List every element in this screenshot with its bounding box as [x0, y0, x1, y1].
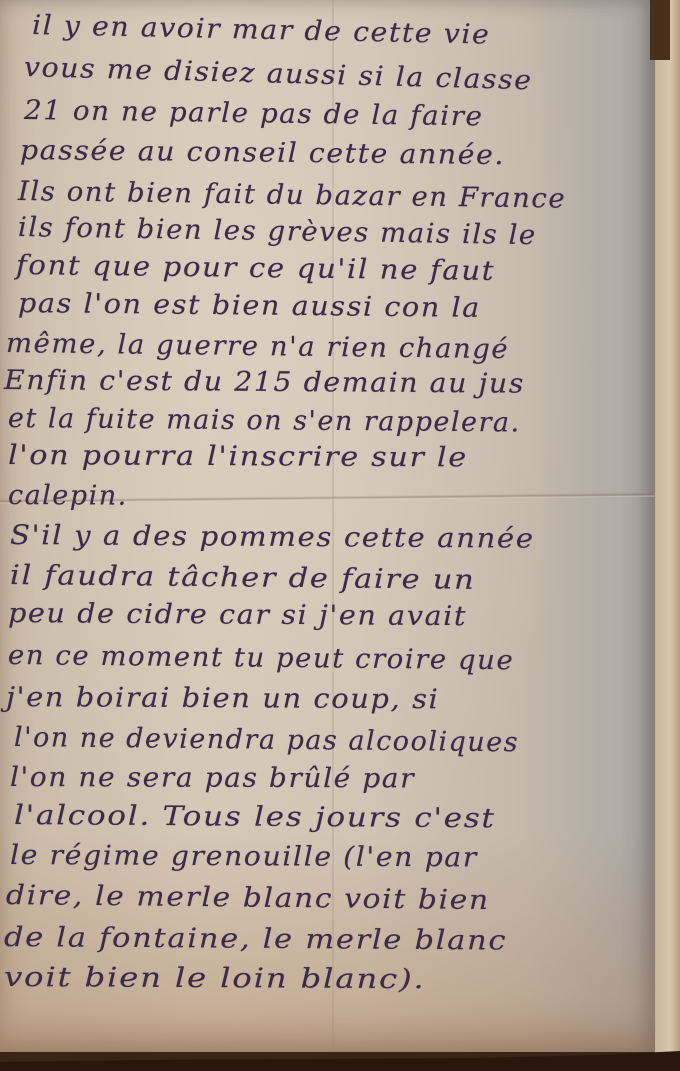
text-line: l'on ne deviendra pas alcooliques: [14, 722, 519, 758]
paper-bottom-edge: [0, 1051, 680, 1071]
text-line: vous me disiez aussi si la classe: [24, 52, 533, 96]
text-line: il faudra tâcher de faire un: [10, 560, 476, 596]
text-line: de la fontaine, le merle blanc: [4, 922, 507, 957]
text-line: et la fuite mais on s'en rappelera.: [8, 403, 521, 438]
text-line: Ils ont bien fait du bazar en France: [18, 176, 567, 215]
text-line: calepin.: [8, 480, 128, 512]
text-line: font que pour ce qu'il ne faut: [16, 250, 495, 287]
text-line: même, la guerre n'a rien changé: [6, 328, 510, 365]
text-line: l'on ne sera pas brûlé par: [10, 762, 415, 794]
text-line: passée au conseil cette année.: [20, 135, 505, 171]
text-line: dire, le merle blanc voit bien: [6, 880, 490, 916]
page-edge: [655, 0, 680, 1071]
text-line: S'il y a des pommes cette année: [10, 520, 535, 555]
text-line: ils font bien les grèves mais ils le: [18, 212, 537, 251]
text-line: le régime grenouille (l'en par: [10, 840, 478, 873]
letter-photo: il y en avoir mar de cette vie vous me d…: [0, 0, 680, 1071]
handwritten-text: il y en avoir mar de cette vie vous me d…: [0, 0, 655, 1040]
text-line: l'on pourra l'inscrire sur le: [8, 440, 468, 473]
text-line: j'en boirai bien un coup, si: [6, 682, 440, 715]
text-line: en ce moment tu peut croire que: [8, 640, 515, 676]
text-line: il y en avoir mar de cette vie: [32, 10, 491, 51]
text-line: l'alcool. Tous les jours c'est: [14, 800, 496, 834]
text-line: 21 on ne parle pas de la faire: [24, 95, 484, 132]
text-line: voit bien le loin blanc).: [4, 962, 426, 995]
text-line: pas l'on est bien aussi con la: [18, 288, 481, 324]
text-line: Enfin c'est du 215 demain au jus: [4, 365, 525, 400]
text-line: peu de cidre car si j'en avait: [8, 598, 467, 632]
